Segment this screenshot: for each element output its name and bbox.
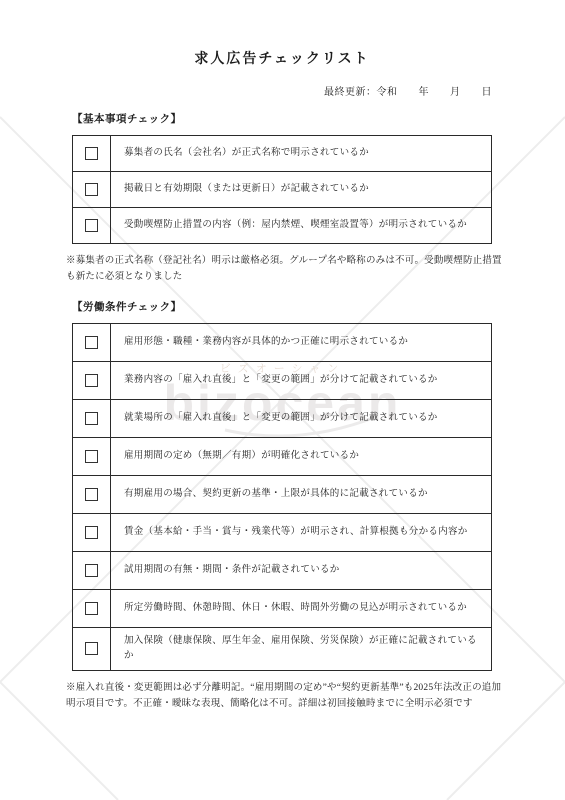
section-labor-conditions-check: 【労働条件チェック】 雇用形態・職種・業務内容が具体的かつ正確に明示されているか… (72, 299, 492, 713)
checkbox[interactable] (85, 412, 98, 425)
checklist-item-label: 賃金（基本給・手当・賞与・残業代等）が明示され、計算根拠も分かる内容か (111, 514, 491, 551)
checklist-item-label: 試用期間の有無・期間・条件が記載されているか (111, 552, 491, 589)
checklist-row: 有期雇用の場合、契約更新の基準・上限が具体的に記載されているか (73, 475, 491, 513)
checkbox-cell (73, 476, 111, 513)
checkbox-cell (73, 400, 111, 437)
checkbox-cell (73, 590, 111, 627)
checklist-item-label: 募集者の氏名（会社名）が正式名称で明示されているか (111, 136, 491, 171)
last-updated-line: 最終更新：令和 年 月 日 (72, 83, 492, 98)
checkbox[interactable] (85, 219, 98, 232)
checklist-row: 所定労働時間、休憩時間、休日・休暇、時間外労働の見込が明示されているか (73, 589, 491, 627)
section-note-basic: ※募集者の正式名称（登記社名）明示は厳格必須。グループ名や略称のみは不可。受動喫… (66, 253, 502, 286)
checklist-row: 雇用期間の定め（無期／有期）が明確化されているか (73, 437, 491, 475)
checklist-row: 加入保険（健康保険、厚生年金、雇用保険、労災保険）が正確に記載されているか (73, 627, 491, 670)
checkbox[interactable] (85, 602, 98, 615)
page-title: 求人広告チェックリスト (72, 48, 492, 68)
checkbox[interactable] (85, 450, 98, 463)
checklist-item-label: 雇用形態・職種・業務内容が具体的かつ正確に明示されているか (111, 324, 491, 361)
document-content: 求人広告チェックリスト 最終更新：令和 年 月 日 【基本事項チェック】 募集者… (72, 0, 492, 713)
checklist-item-label: 有期雇用の場合、契約更新の基準・上限が具体的に記載されているか (111, 476, 491, 513)
checklist-row: 受動喫煙防止措置の内容（例：屋内禁煙、喫煙室設置等）が明示されているか (73, 207, 491, 243)
checkbox-cell (73, 324, 111, 361)
checkbox-cell (73, 438, 111, 475)
section-note-labor: ※雇入れ直後・変更範囲は必ず分離明記。“雇用期間の定め”や“契約更新基準”も20… (66, 680, 502, 713)
checkbox-cell (73, 362, 111, 399)
checklist-item-label: 掲載日と有効期限（または更新日）が記載されているか (111, 172, 491, 207)
checkbox-cell (73, 136, 111, 171)
checklist-table-labor: 雇用形態・職種・業務内容が具体的かつ正確に明示されているか業務内容の「雇入れ直後… (72, 323, 492, 671)
section-basic-check: 【基本事項チェック】 募集者の氏名（会社名）が正式名称で明示されているか掲載日と… (72, 111, 492, 286)
checkbox-cell (73, 172, 111, 207)
checklist-row: 募集者の氏名（会社名）が正式名称で明示されているか (73, 136, 491, 171)
checkbox[interactable] (85, 488, 98, 501)
checkbox[interactable] (85, 526, 98, 539)
checkbox-cell (73, 552, 111, 589)
checkbox-cell (73, 628, 111, 670)
checklist-row: 掲載日と有効期限（または更新日）が記載されているか (73, 171, 491, 207)
checklist-row: 雇用形態・職種・業務内容が具体的かつ正確に明示されているか (73, 324, 491, 361)
checkbox[interactable] (85, 642, 98, 655)
checklist-item-label: 加入保険（健康保険、厚生年金、雇用保険、労災保険）が正確に記載されているか (111, 628, 491, 670)
checklist-item-label: 業務内容の「雇入れ直後」と「変更の範囲」が分けて記載されているか (111, 362, 491, 399)
checklist-row: 試用期間の有無・期間・条件が記載されているか (73, 551, 491, 589)
checklist-table-basic: 募集者の氏名（会社名）が正式名称で明示されているか掲載日と有効期限（または更新日… (72, 135, 492, 244)
checklist-row: 業務内容の「雇入れ直後」と「変更の範囲」が分けて記載されているか (73, 361, 491, 399)
checklist-row: 就業場所の「雇入れ直後」と「変更の範囲」が分けて記載されているか (73, 399, 491, 437)
checkbox-cell (73, 514, 111, 551)
section-heading-basic: 【基本事項チェック】 (72, 111, 492, 126)
checkbox[interactable] (85, 147, 98, 160)
section-heading-labor: 【労働条件チェック】 (72, 299, 492, 314)
checkbox[interactable] (85, 336, 98, 349)
checkbox-cell (73, 208, 111, 243)
checkbox[interactable] (85, 374, 98, 387)
checkbox[interactable] (85, 564, 98, 577)
checklist-item-label: 就業場所の「雇入れ直後」と「変更の範囲」が分けて記載されているか (111, 400, 491, 437)
checklist-row: 賃金（基本給・手当・賞与・残業代等）が明示され、計算根拠も分かる内容か (73, 513, 491, 551)
checklist-item-label: 所定労働時間、休憩時間、休日・休暇、時間外労働の見込が明示されているか (111, 590, 491, 627)
checklist-item-label: 雇用期間の定め（無期／有期）が明確化されているか (111, 438, 491, 475)
checklist-item-label: 受動喫煙防止措置の内容（例：屋内禁煙、喫煙室設置等）が明示されているか (111, 208, 491, 243)
checkbox[interactable] (85, 183, 98, 196)
document-page: ビズオーシャン bizocean 求人広告チェックリスト 最終更新：令和 年 月… (0, 0, 565, 800)
